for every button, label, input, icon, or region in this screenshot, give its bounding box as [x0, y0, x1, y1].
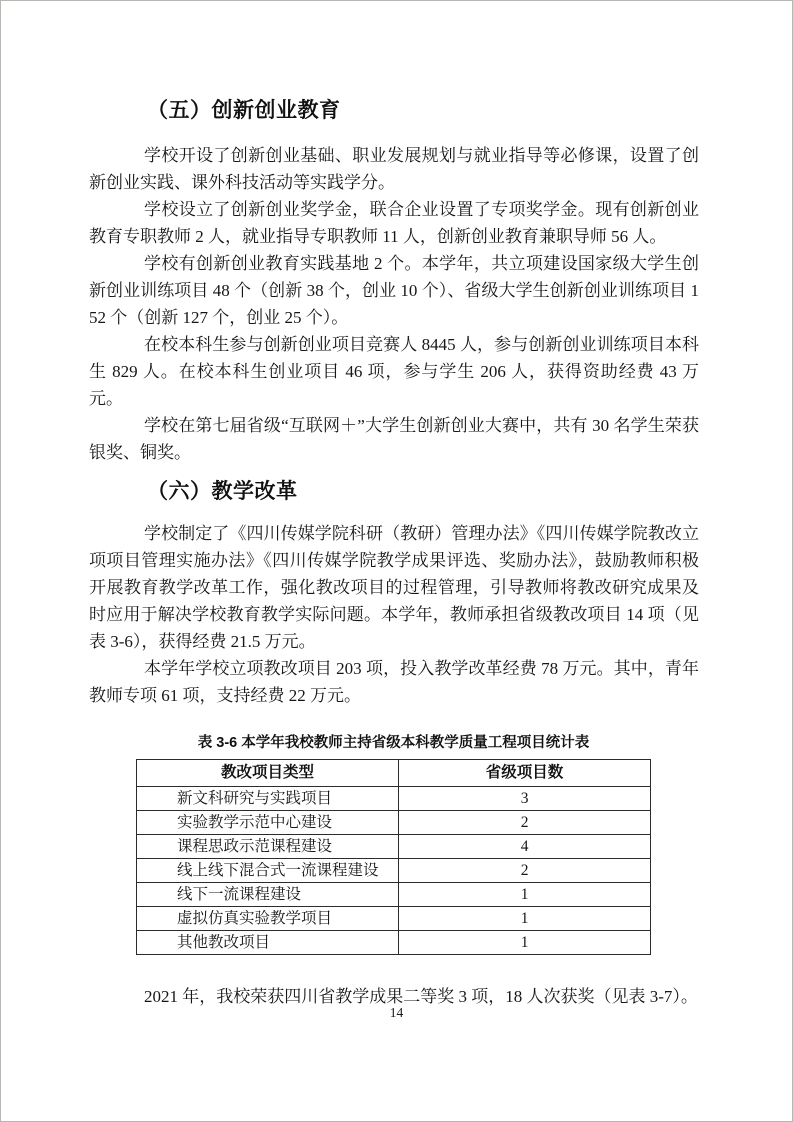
cell-project-type: 线下一流课程建设 [137, 883, 399, 907]
paragraph: 学校有创新创业教育实践基地 2 个。本学年，共立项建设国家级大学生创新创业训练项… [89, 250, 699, 331]
table-row: 线下一流课程建设 1 [137, 883, 651, 907]
document-content: （五）创新创业教育 学校开设了创新创业基础、职业发展规划与就业指导等必修课，设置… [89, 1, 699, 1010]
table-row: 其他教改项目 1 [137, 931, 651, 955]
table-caption: 表 3-6 本学年我校教师主持省级本科教学质量工程项目统计表 [136, 732, 651, 754]
paragraph: 学校制定了《四川传媒学院科研（教研）管理办法》《四川传媒学院教改立项项目管理实施… [89, 520, 699, 655]
table-row: 线上线下混合式一流课程建设 2 [137, 859, 651, 883]
cell-project-type: 课程思政示范课程建设 [137, 835, 399, 859]
paragraph: 学校开设了创新创业基础、职业发展规划与就业指导等必修课，设置了创新创业实践、课外… [89, 142, 699, 196]
cell-project-type: 新文科研究与实践项目 [137, 787, 399, 811]
paragraph: 本学年学校立项教改项目 203 项，投入教学改革经费 78 万元。其中，青年教师… [89, 655, 699, 709]
cell-project-type: 实验教学示范中心建设 [137, 811, 399, 835]
column-header-project-type: 教改项目类型 [137, 760, 399, 787]
cell-project-count: 2 [399, 859, 651, 883]
quality-projects-table: 教改项目类型 省级项目数 新文科研究与实践项目 3 实验教学示范中心建设 2 课… [136, 759, 651, 955]
paragraph: 学校设立了创新创业奖学金，联合企业设置了专项奖学金。现有创新创业教育专职教师 2… [89, 196, 699, 250]
table-row: 虚拟仿真实验教学项目 1 [137, 907, 651, 931]
page-number: 14 [1, 1005, 792, 1021]
cell-project-type: 虚拟仿真实验教学项目 [137, 907, 399, 931]
table-row: 课程思政示范课程建设 4 [137, 835, 651, 859]
paragraph: 在校本科生参与创新创业项目竞赛人 8445 人，参与创新创业训练项目本科生 82… [89, 331, 699, 412]
table-row: 实验教学示范中心建设 2 [137, 811, 651, 835]
cell-project-count: 1 [399, 907, 651, 931]
cell-project-count: 1 [399, 883, 651, 907]
section-heading-teaching-reform: （六）教学改革 [89, 478, 699, 506]
section-heading-innovation-education: （五）创新创业教育 [89, 97, 699, 125]
cell-project-count: 2 [399, 811, 651, 835]
table-row: 新文科研究与实践项目 3 [137, 787, 651, 811]
cell-project-count: 3 [399, 787, 651, 811]
table-header-row: 教改项目类型 省级项目数 [137, 760, 651, 787]
paragraph: 学校在第七届省级“互联网＋”大学生创新创业大赛中，共有 30 名学生荣获银奖、铜… [89, 412, 699, 466]
cell-project-count: 4 [399, 835, 651, 859]
column-header-project-count: 省级项目数 [399, 760, 651, 787]
cell-project-type: 其他教改项目 [137, 931, 399, 955]
document-page: （五）创新创业教育 学校开设了创新创业基础、职业发展规划与就业指导等必修课，设置… [0, 0, 793, 1122]
cell-project-type: 线上线下混合式一流课程建设 [137, 859, 399, 883]
cell-project-count: 1 [399, 931, 651, 955]
